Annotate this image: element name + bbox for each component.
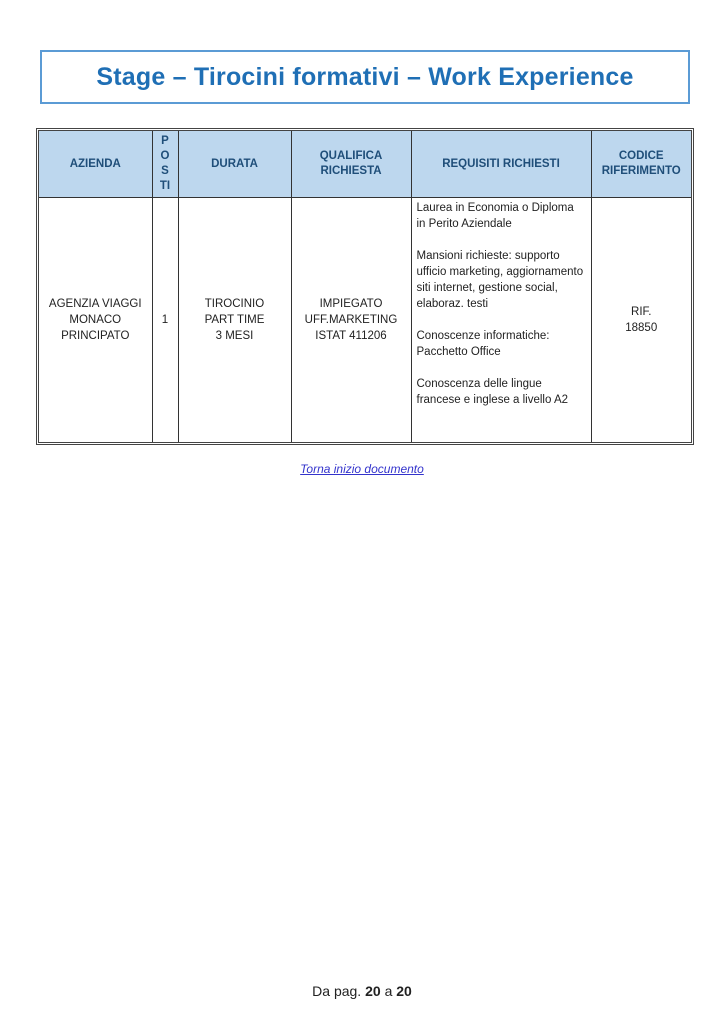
requisito-education: Laurea in Economia o Diploma in Perito A… [417,200,586,232]
header-qualifica: QUALIFICA RICHIESTA [291,131,411,198]
table-row: AGENZIA VIAGGI MONACO PRINCIPATO 1 TIROC… [39,198,691,443]
table-header-row: AZIENDA P O S TI DURATA QUALIFICA RICHIE… [39,131,691,198]
cell-qualifica: IMPIEGATO UFF.MARKETING ISTAT 411206 [291,198,411,443]
page-title: Stage – Tirocini formativi – Work Experi… [96,63,633,92]
cell-requisiti: Laurea in Economia o Diploma in Perito A… [411,198,591,443]
header-codice: CODICE RIFERIMENTO [591,131,691,198]
requisito-informatica: Conoscenze informatiche: Pacchetto Offic… [417,328,586,360]
requisito-mansioni: Mansioni richieste: supporto ufficio mar… [417,248,586,312]
header-durata: DURATA [178,131,291,198]
footer-separator: a [385,983,393,999]
cell-azienda: AGENZIA VIAGGI MONACO PRINCIPATO [39,198,152,443]
footer-prefix: Da pag. [312,983,361,999]
header-posti: P O S TI [152,131,178,198]
header-requisiti: REQUISITI RICHIESTI [411,131,591,198]
requisito-lingue: Conoscenza delle lingue francese e ingle… [417,376,586,408]
cell-durata: TIROCINIO PART TIME 3 MESI [178,198,291,443]
job-table: AZIENDA P O S TI DURATA QUALIFICA RICHIE… [36,128,694,445]
page-footer: Da pag. 20 a 20 [0,983,724,999]
header-azienda: AZIENDA [39,131,152,198]
title-box: Stage – Tirocini formativi – Work Experi… [40,50,690,104]
cell-posti: 1 [152,198,178,443]
footer-total-pages: 20 [396,983,412,999]
back-to-top-link[interactable]: Torna inizio documento [300,462,424,476]
back-link-container: Torna inizio documento [0,462,724,476]
cell-codice: RIF. 18850 [591,198,691,443]
footer-current-page: 20 [365,983,381,999]
